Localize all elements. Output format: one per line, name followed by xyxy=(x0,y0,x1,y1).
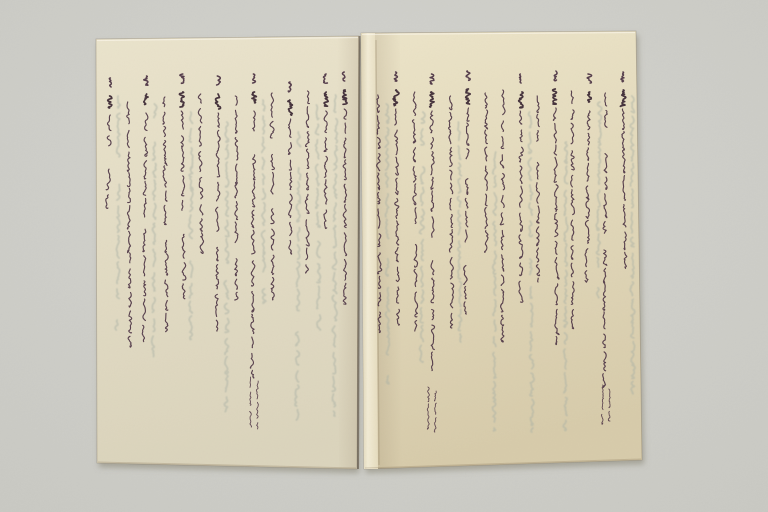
left-gutter-shading xyxy=(337,36,359,469)
right-page xyxy=(361,31,642,469)
manuscript-photo xyxy=(0,0,768,512)
column-header-glyph xyxy=(520,74,522,83)
manuscript-scene xyxy=(0,0,768,512)
